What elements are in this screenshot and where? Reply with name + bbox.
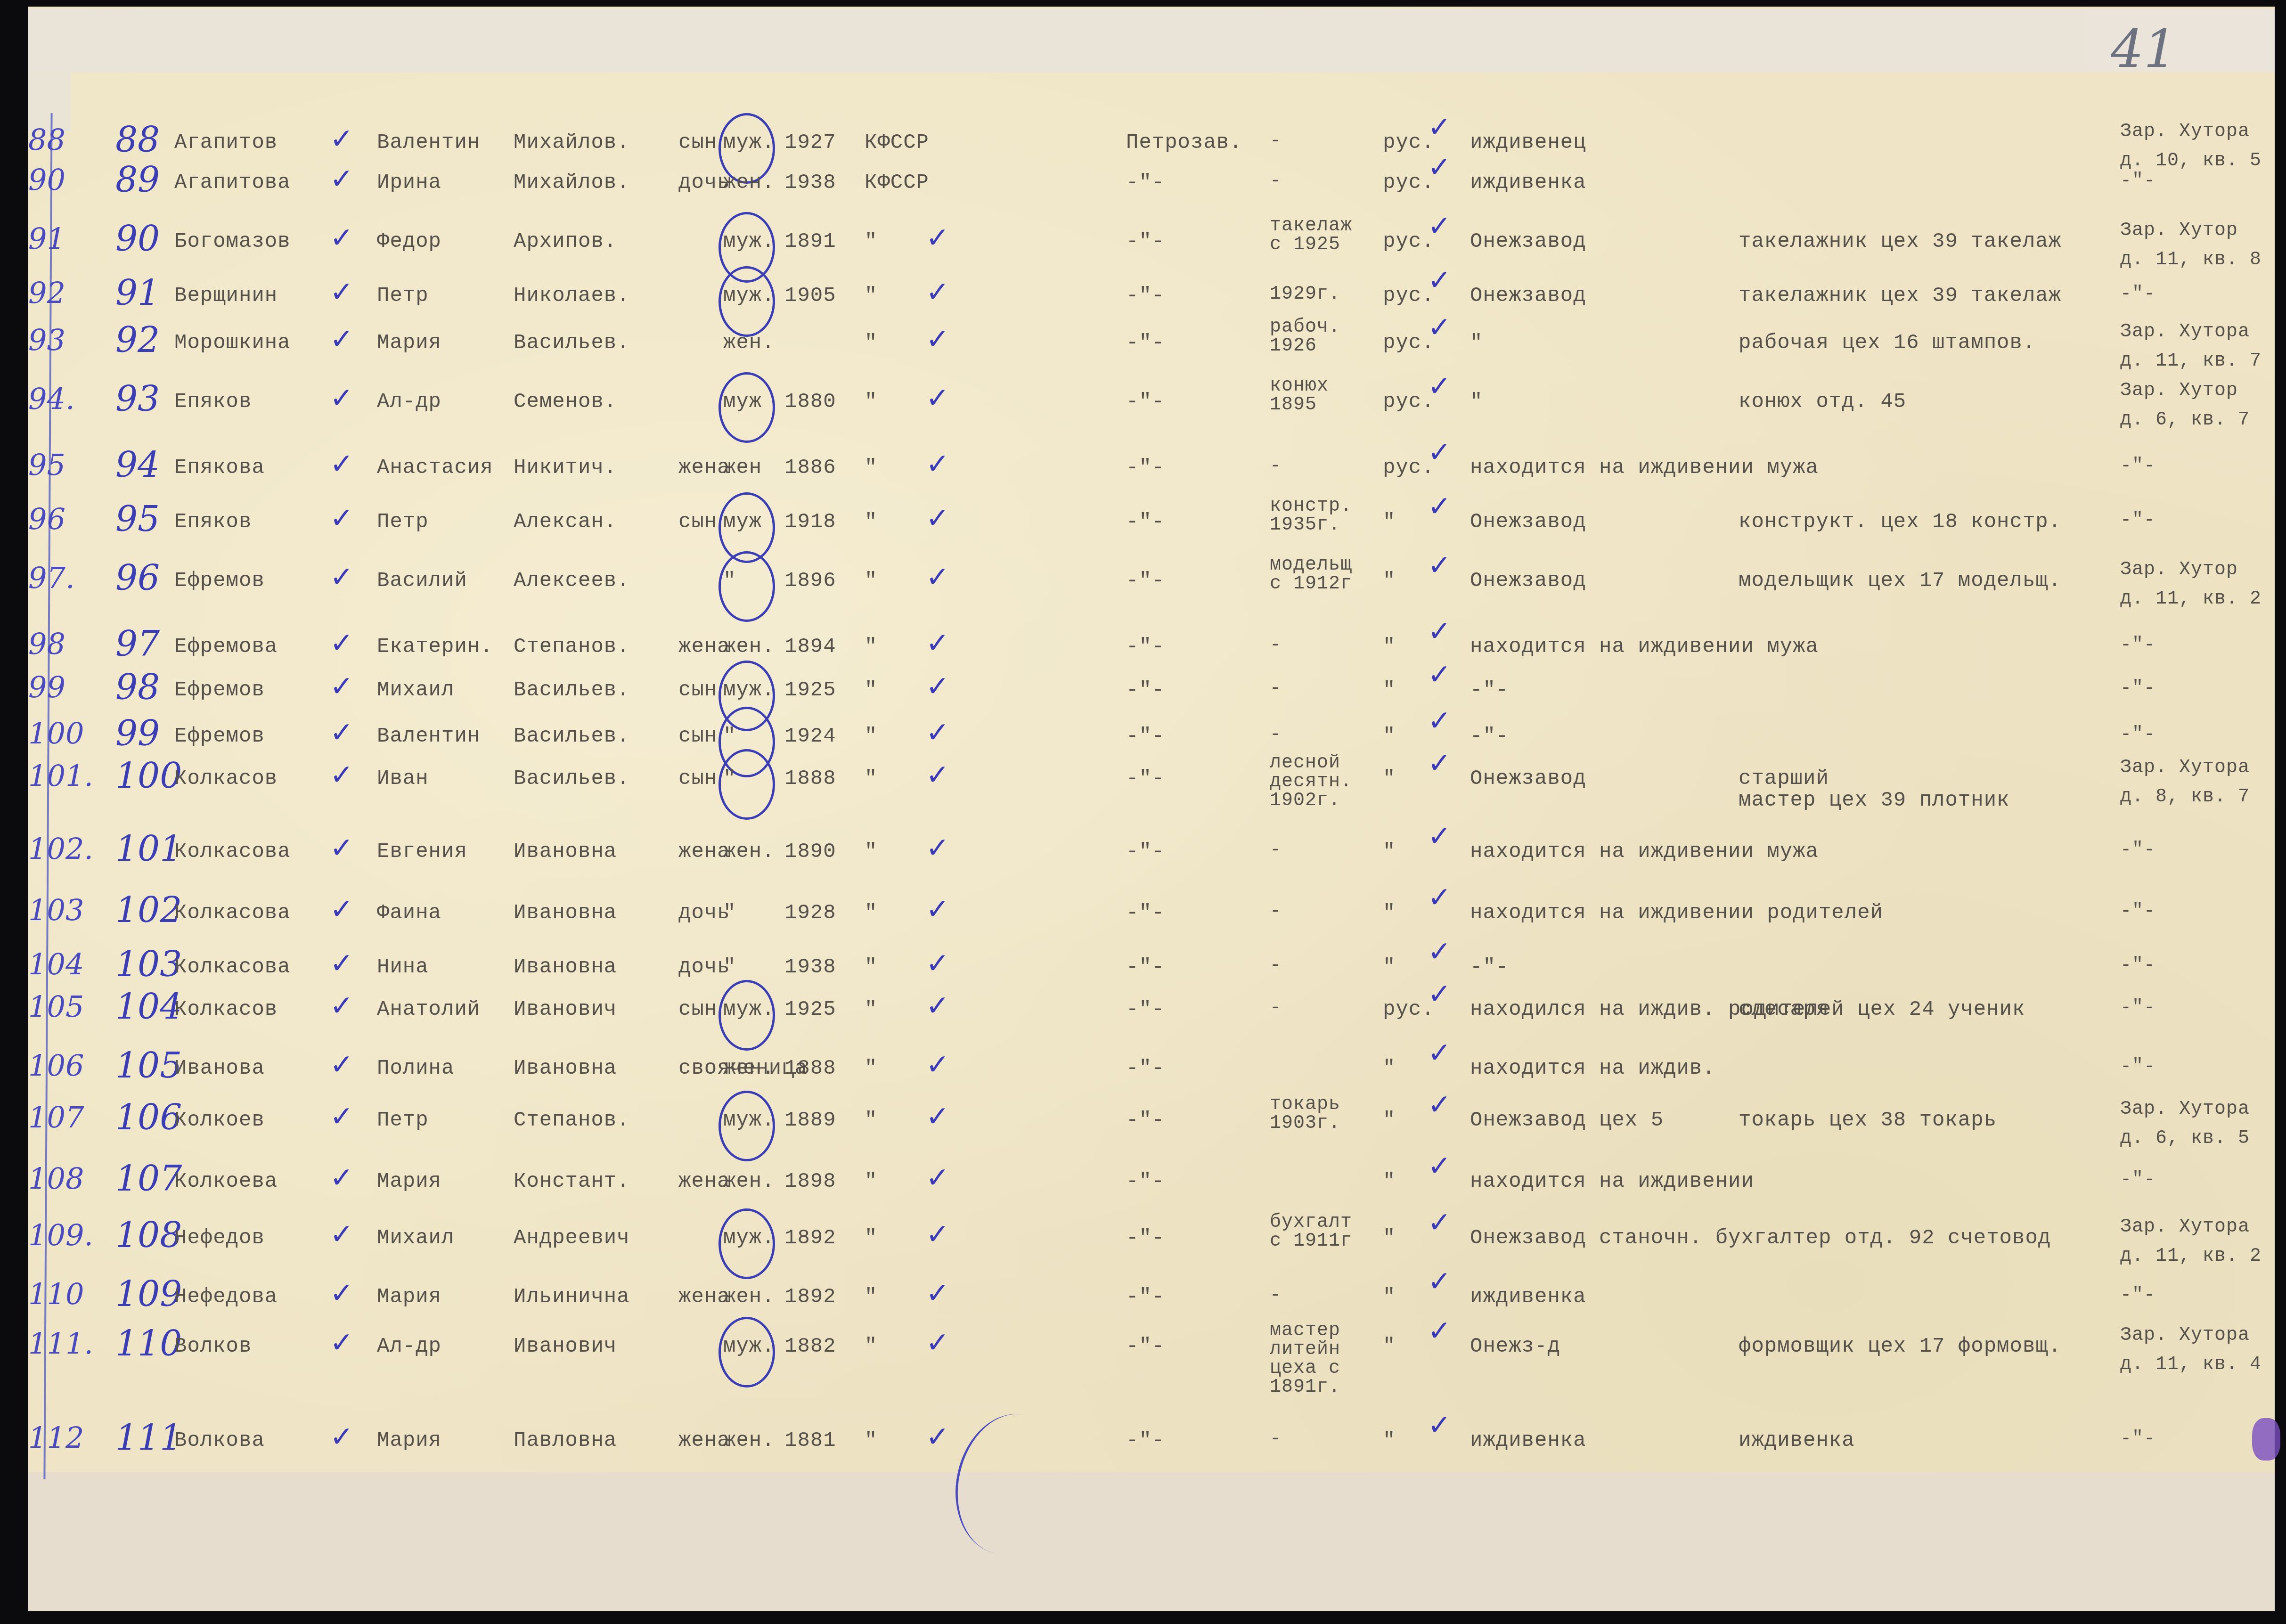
cell-nat-col: "	[865, 902, 877, 924]
cell-first: Мария	[377, 332, 441, 354]
cell-birthplace: -"-	[1126, 679, 1165, 701]
cell-addr1: -"-	[2120, 1171, 2155, 1190]
cell-work: иждивенец	[1470, 132, 1586, 154]
cell-rel: сын	[678, 511, 717, 533]
checkmark-icon: ✓	[330, 949, 353, 978]
cell-birthplace: -"-	[1126, 172, 1165, 194]
cell-sex: жен	[723, 457, 762, 479]
cell-surname: Ефремова	[174, 636, 278, 658]
cell-nationality: "	[1383, 511, 1396, 533]
cell-position: иждивенка	[1739, 1430, 1855, 1452]
checkmark-icon: ✓	[1428, 1091, 1451, 1119]
cell-surname: Ефремов	[174, 570, 265, 592]
checkmark-icon: ✓	[330, 1164, 353, 1192]
checkmark-icon: ✓	[1428, 266, 1451, 294]
cell-since: -	[1270, 902, 1282, 921]
cell-year: 1896	[784, 570, 836, 592]
checkmark-icon: ✓	[1428, 1411, 1451, 1439]
cell-outer: 112	[28, 1420, 84, 1455]
cell-work: находится на иждивении	[1470, 1171, 1754, 1192]
circle-annotation	[718, 1317, 775, 1387]
cell-year: 1886	[784, 457, 836, 479]
checkmark-icon: ✓	[1428, 438, 1451, 466]
cell-work: Онежз-д	[1470, 1336, 1560, 1357]
cell-nationality: рус.	[1383, 172, 1435, 194]
cell-surname: Колкасов	[174, 768, 278, 790]
cell-patr: Васильев.	[514, 332, 630, 354]
cell-work: -"-	[1470, 679, 1509, 701]
cell-first: Михаил	[377, 1227, 454, 1249]
cell-outer: 109.	[28, 1218, 93, 1253]
cell-surname: Богомазов	[174, 231, 291, 253]
cell-surname: Волкова	[174, 1430, 265, 1452]
cell-surname: Колкасова	[174, 956, 291, 978]
cell-patr: Михайлов.	[514, 132, 630, 154]
cell-addr1: -"-	[2120, 511, 2155, 530]
cell-num: 99	[115, 716, 160, 751]
checkmark-icon: ✓	[926, 450, 949, 478]
cell-nationality: "	[1383, 1171, 1396, 1192]
cell-sex: жен.	[723, 841, 775, 863]
cell-nationality: рус.	[1383, 285, 1435, 307]
checkmark-icon: ✓	[1428, 938, 1451, 966]
cell-since: такелаж с 1925	[1270, 217, 1352, 254]
cell-addr1: -"-	[2120, 1286, 2155, 1305]
cell-num: 93	[115, 382, 160, 416]
checkmark-icon: ✓	[926, 1423, 949, 1451]
cell-since: токарь 1903г.	[1270, 1095, 1340, 1133]
cell-rel: жена	[678, 636, 730, 658]
cell-work: иждивенка	[1470, 1430, 1586, 1452]
cell-nat-col: "	[865, 1110, 877, 1131]
cell-birthplace: -"-	[1126, 956, 1165, 978]
checkmark-icon: ✓	[330, 325, 353, 353]
cell-nat-col: "	[865, 570, 877, 592]
cell-year: 1938	[784, 956, 836, 978]
checkmark-icon: ✓	[926, 1164, 949, 1192]
cell-surname: Иванова	[174, 1058, 265, 1079]
cell-year: 1905	[784, 285, 836, 307]
cell-first: Нина	[377, 956, 429, 978]
cell-work: Онежзавод	[1470, 768, 1586, 790]
checkmark-icon: ✓	[330, 504, 353, 532]
cell-num: 90	[115, 221, 160, 256]
cell-nationality: рус.	[1383, 391, 1435, 413]
cell-addr1: -"-	[2120, 1430, 2155, 1449]
checkmark-icon: ✓	[1428, 492, 1451, 521]
cell-sex: жен.	[723, 1171, 775, 1192]
cell-addr1: -"-	[2120, 726, 2155, 744]
cell-birthplace: -"-	[1126, 332, 1165, 354]
cell-first: Мария	[377, 1286, 441, 1308]
cell-addr1: Зар. Хутора	[2120, 759, 2250, 777]
cell-addr1: Зар. Хутора	[2120, 122, 2250, 141]
cell-since: -	[1270, 956, 1282, 975]
cell-first: Анастасия	[377, 457, 493, 479]
cell-addr2: д. 11, кв. 4	[2120, 1355, 2262, 1374]
cell-rel: жена	[678, 841, 730, 863]
cell-nationality: "	[1383, 1110, 1396, 1131]
checkmark-icon: ✓	[926, 224, 949, 252]
cell-since: констр. 1935г.	[1270, 497, 1352, 535]
cell-position: конструкт. цех 18 констр.	[1739, 511, 2061, 533]
cell-patr: Архипов.	[514, 231, 617, 253]
cell-rel: сын	[678, 768, 717, 790]
checkmark-icon: ✓	[330, 1220, 353, 1249]
cell-surname: Колкоев	[174, 1110, 265, 1131]
checkmark-icon: ✓	[926, 278, 949, 306]
cell-addr1: -"-	[2120, 285, 2155, 304]
checkmark-icon: ✓	[926, 629, 949, 657]
checkmark-icon: ✓	[330, 992, 353, 1020]
cell-nationality: "	[1383, 902, 1396, 924]
cell-birthplace: -"-	[1126, 999, 1165, 1020]
cell-addr1: -"-	[2120, 172, 2155, 191]
cell-num: 91	[115, 276, 160, 310]
cell-year: 1927	[784, 132, 836, 154]
cell-addr1: -"-	[2120, 956, 2155, 975]
cell-since: мастер литейн цеха с 1891г.	[1270, 1322, 1340, 1397]
cell-sex: жен.	[723, 332, 775, 354]
cell-since: -	[1270, 132, 1282, 151]
circle-annotation	[718, 1091, 775, 1161]
checkmark-icon: ✓	[926, 1279, 949, 1307]
cell-addr1: -"-	[2120, 999, 2155, 1018]
cell-rel: жена	[678, 457, 730, 479]
cell-year: 1894	[784, 636, 836, 658]
cell-outer: 93	[28, 323, 65, 358]
cell-surname: Колкасова	[174, 902, 291, 924]
circle-annotation	[718, 749, 775, 820]
cell-since: бухгалт с 1911г	[1270, 1213, 1352, 1251]
cell-birthplace: -"-	[1126, 391, 1165, 413]
cell-nat-col: "	[865, 285, 877, 307]
cell-outer: 101.	[28, 759, 93, 793]
cell-outer: 97.	[28, 561, 75, 596]
cell-work: Онежзавод	[1470, 231, 1586, 253]
cell-nat-col: "	[865, 999, 877, 1020]
cell-work: "	[1470, 332, 1483, 354]
checkmark-icon: ✓	[926, 718, 949, 747]
cell-outer: 108	[28, 1161, 84, 1196]
cell-work: находится на иждивении родителей	[1470, 902, 1883, 924]
cell-num: 100	[115, 759, 182, 793]
cell-outer: 105	[28, 989, 84, 1024]
cell-patr: Ильинична	[514, 1286, 630, 1308]
cell-work: находится на иждивении мужа	[1470, 457, 1819, 479]
circle-annotation	[718, 980, 775, 1051]
cell-work: иждивенка	[1470, 172, 1586, 194]
cell-position: модельщик цех 17 модельщ.	[1739, 570, 2061, 592]
checkmark-icon: ✓	[926, 563, 949, 591]
checkmark-icon: ✓	[330, 1279, 353, 1307]
cell-patr: Николаев.	[514, 285, 630, 307]
cell-patr: Степанов.	[514, 636, 630, 658]
cell-surname: Епяков	[174, 391, 252, 413]
cell-nat-col: "	[865, 457, 877, 479]
cell-addr1: -"-	[2120, 636, 2155, 655]
cell-birthplace: -"-	[1126, 1430, 1165, 1452]
cell-addr2: д. 10, кв. 5	[2120, 152, 2262, 171]
cell-surname: Колкасов	[174, 999, 278, 1020]
cell-num: 107	[115, 1161, 182, 1196]
cell-rel: дочь	[678, 956, 730, 978]
cell-patr: Андреевич	[514, 1227, 630, 1249]
checkmark-icon: ✓	[926, 325, 949, 353]
cell-num: 95	[115, 502, 160, 537]
cell-nat-col: "	[865, 636, 877, 658]
cell-nationality: рус.	[1383, 332, 1435, 354]
cell-patr: Семенов.	[514, 391, 617, 413]
cell-nat-col: "	[865, 1336, 877, 1357]
cell-sex: жен.	[723, 1286, 775, 1308]
cell-year: 1925	[784, 999, 836, 1020]
cell-outer: 88	[28, 122, 65, 157]
checkmark-icon: ✓	[926, 1220, 949, 1249]
cell-rel: сын	[678, 726, 717, 747]
cell-work: иждивенка	[1470, 1286, 1586, 1308]
cell-surname: Епяков	[174, 511, 252, 533]
cell-first: Анатолий	[377, 999, 480, 1020]
ink-blot	[2252, 1418, 2280, 1461]
checkmark-icon: ✓	[1428, 822, 1451, 850]
cell-rel: сын	[678, 999, 717, 1020]
cell-first: Евгения	[377, 841, 467, 863]
cell-year: 1880	[784, 391, 836, 413]
checkmark-icon: ✓	[926, 1102, 949, 1131]
checkmark-icon: ✓	[1428, 1152, 1451, 1180]
cell-outer: 91	[28, 221, 65, 256]
cell-nat-col: "	[865, 768, 877, 790]
scan-edge-right	[2275, 0, 2286, 1624]
cell-since: -	[1270, 172, 1282, 191]
cell-outer: 98	[28, 627, 65, 661]
cell-nationality: рус.	[1383, 132, 1435, 154]
cell-nat-col: "	[865, 956, 877, 978]
checkmark-icon: ✓	[926, 672, 949, 701]
tape-strip-top	[28, 8, 2276, 72]
cell-rel: сын	[678, 679, 717, 701]
cell-position: токарь цех 38 токарь	[1739, 1110, 1997, 1131]
cell-nat-col: КФССР	[865, 172, 929, 194]
cell-nat-col: "	[865, 1171, 877, 1192]
cell-outer: 99	[28, 670, 65, 705]
cell-addr2: д. 11, кв. 2	[2120, 590, 2262, 609]
cell-num: 89	[115, 163, 160, 197]
checkmark-icon: ✓	[330, 1051, 353, 1079]
checkmark-icon: ✓	[1428, 749, 1451, 777]
cell-year: 1898	[784, 1171, 836, 1192]
cell-num: 101	[115, 832, 182, 866]
cell-since: -	[1270, 999, 1282, 1018]
circle-annotation	[718, 266, 775, 337]
cell-addr2: д. 8, кв. 7	[2120, 788, 2250, 807]
cell-nationality: рус.	[1383, 999, 1435, 1020]
cell-since: рабоч. 1926	[1270, 318, 1340, 356]
cell-patr: Павловна	[514, 1430, 617, 1452]
cell-surname: Ефремов	[174, 726, 265, 747]
checkmark-icon: ✓	[926, 384, 949, 412]
checkmark-icon: ✓	[1428, 153, 1451, 181]
cell-sex: жен.	[723, 1430, 775, 1452]
cell-addr1: -"-	[2120, 679, 2155, 698]
cell-since: -	[1270, 726, 1282, 744]
checkmark-icon: ✓	[1428, 1208, 1451, 1237]
cell-year: 1924	[784, 726, 836, 747]
checkmark-icon: ✓	[1428, 1039, 1451, 1067]
checkmark-icon: ✓	[926, 1329, 949, 1357]
cell-outer: 106	[28, 1048, 84, 1083]
cell-year: 1925	[784, 679, 836, 701]
checkmark-icon: ✓	[1428, 617, 1451, 645]
cell-first: Мария	[377, 1430, 441, 1452]
cell-work: Онежзавод цех 5	[1470, 1110, 1664, 1131]
cell-year: 1882	[784, 1336, 836, 1357]
cell-birthplace: -"-	[1126, 1336, 1165, 1357]
checkmark-icon: ✓	[1428, 883, 1451, 912]
circle-annotation	[718, 1208, 775, 1279]
cell-year: 1891	[784, 231, 836, 253]
cell-nat-col: "	[865, 1430, 877, 1452]
checkmark-icon: ✓	[330, 224, 353, 252]
cell-outer: 96	[28, 502, 65, 537]
cell-patr: Никитич.	[514, 457, 617, 479]
cell-outer: 103	[28, 893, 84, 928]
checkmark-icon: ✓	[330, 1102, 353, 1131]
cell-num: 104	[115, 989, 182, 1024]
cell-position: такелажник цех 39 такелаж	[1739, 285, 2061, 307]
cell-since: 1929г.	[1270, 285, 1340, 304]
cell-nat-col: "	[865, 511, 877, 533]
cell-sex: жен.	[723, 1058, 775, 1079]
cell-birthplace: -"-	[1126, 231, 1165, 253]
cell-since: конюх 1895	[1270, 377, 1329, 415]
cell-birthplace: -"-	[1126, 1286, 1165, 1308]
checkmark-icon: ✓	[1428, 1317, 1451, 1345]
cell-year: 1892	[784, 1286, 836, 1308]
cell-outer: 111.	[28, 1326, 93, 1361]
cell-work: -"-	[1470, 956, 1509, 978]
cell-surname: Агапитова	[174, 172, 291, 194]
cell-birthplace: -"-	[1126, 636, 1165, 658]
cell-surname: Епякова	[174, 457, 265, 479]
cell-first: Ал-др	[377, 391, 441, 413]
cell-position: формовщик цех 17 формовщ.	[1739, 1336, 2061, 1357]
cell-surname: Колкасова	[174, 841, 291, 863]
cell-nat-col: КФССР	[865, 132, 929, 154]
checkmark-icon: ✓	[926, 834, 949, 862]
cell-addr2: д. 6, кв. 7	[2120, 411, 2250, 430]
cell-num: 92	[115, 323, 160, 358]
cell-birthplace: -"-	[1126, 902, 1165, 924]
cell-nationality: "	[1383, 1286, 1396, 1308]
circle-annotation	[718, 372, 775, 443]
cell-year: 1881	[784, 1430, 836, 1452]
checkmark-icon: ✓	[1428, 661, 1451, 689]
checkmark-icon: ✓	[330, 834, 353, 862]
cell-num: 97	[115, 627, 160, 661]
cell-year: 1889	[784, 1110, 836, 1131]
cell-since: -	[1270, 1430, 1282, 1449]
cell-surname: Ефремов	[174, 679, 265, 701]
cell-first: Петр	[377, 285, 429, 307]
cell-nat-col: "	[865, 679, 877, 701]
cell-num: 103	[115, 947, 182, 982]
checkmark-icon: ✓	[926, 992, 949, 1020]
cell-nat-col: "	[865, 1286, 877, 1308]
cell-first: Валентин	[377, 726, 480, 747]
checkmark-icon: ✓	[1428, 313, 1451, 342]
cell-birthplace: -"-	[1126, 570, 1165, 592]
cell-position: слесаря	[1739, 999, 1829, 1020]
cell-first: Ал-др	[377, 1336, 441, 1357]
cell-num: 96	[115, 561, 160, 596]
cell-patr: Ивановна	[514, 902, 617, 924]
cell-position: конюх отд. 45	[1739, 391, 1906, 413]
tape-strip-bottom	[28, 1472, 2276, 1611]
cell-first: Михаил	[377, 679, 454, 701]
cell-addr1: Зар. Хутора	[2120, 1100, 2250, 1119]
cell-patr: Констант.	[514, 1171, 630, 1192]
cell-num: 106	[115, 1100, 182, 1135]
cell-addr1: Зар. Хутор	[2120, 382, 2238, 400]
checkmark-icon: ✓	[330, 895, 353, 923]
cell-year: 1918	[784, 511, 836, 533]
checkmark-icon: ✓	[330, 718, 353, 747]
cell-patr: Иванович	[514, 999, 617, 1020]
checkmark-icon: ✓	[926, 1051, 949, 1079]
cell-sex: жен.	[723, 636, 775, 658]
cell-addr2: д. 6, кв. 5	[2120, 1129, 2250, 1148]
cell-year: 1892	[784, 1227, 836, 1249]
cell-addr1: Зар. Хутор	[2120, 561, 2238, 579]
cell-num: 88	[115, 122, 160, 157]
cell-year: 1890	[784, 841, 836, 863]
cell-work: находится на иждивении мужа	[1470, 841, 1819, 863]
cell-since: -	[1270, 636, 1282, 655]
cell-work: -"-	[1470, 726, 1509, 747]
cell-sex: "	[723, 902, 736, 924]
cell-nat-col: "	[865, 1058, 877, 1079]
cell-work: Онежзавод	[1470, 511, 1586, 533]
cell-addr1: -"-	[2120, 1058, 2155, 1077]
checkmark-icon: ✓	[1428, 980, 1451, 1008]
cell-num: 111	[115, 1420, 182, 1455]
checkmark-icon: ✓	[330, 125, 353, 153]
cell-patr: Алексан.	[514, 511, 617, 533]
circle-annotation	[718, 551, 775, 622]
cell-num: 110	[115, 1326, 182, 1361]
cell-first: Валентин	[377, 132, 480, 154]
cell-since: -	[1270, 457, 1282, 476]
cell-nat-col: "	[865, 231, 877, 253]
cell-addr1: Зар. Хутора	[2120, 1326, 2250, 1345]
cell-outer: 104	[28, 947, 84, 982]
cell-since: лесной десятн. 1902г.	[1270, 754, 1352, 810]
cell-nat-col: "	[865, 1227, 877, 1249]
cell-addr2: д. 11, кв. 2	[2120, 1247, 2262, 1266]
checkmark-icon: ✓	[330, 384, 353, 412]
cell-outer: 100	[28, 716, 84, 751]
cell-surname: Морошкина	[174, 332, 291, 354]
cell-first: Василий	[377, 570, 467, 592]
cell-outer: 102.	[28, 832, 93, 866]
cell-first: Иван	[377, 768, 429, 790]
cell-first: Ирина	[377, 172, 441, 194]
cell-outer: 94.	[28, 382, 75, 416]
checkmark-icon: ✓	[1428, 1267, 1451, 1296]
cell-first: Мария	[377, 1171, 441, 1192]
